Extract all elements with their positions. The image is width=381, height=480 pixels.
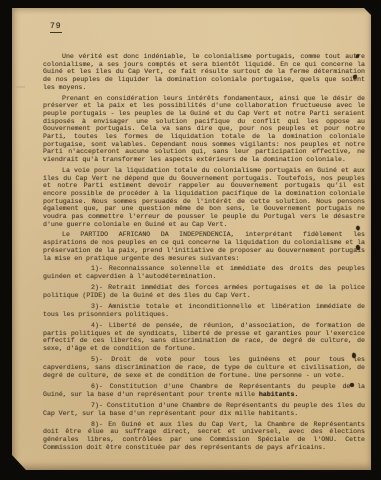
- measure-item: 3)- Amnistie totale et inconditionnelle …: [43, 303, 365, 318]
- measure-item: 8)- En Guiné et aux îles du Cap Vert, la…: [43, 421, 365, 452]
- ink-mark: [350, 383, 354, 387]
- measure-item: 5)- Droit de vote pour tous les guinéens…: [43, 356, 365, 379]
- measure-bold-text: habitants.: [259, 391, 299, 398]
- paragraph: Le PARTIDO AFRICANO DA INDEPENDENCIA, in…: [43, 231, 365, 262]
- paragraph: Prenant en considération leurs intérêts …: [43, 95, 365, 164]
- paragraph: Une vérité est donc indéniable, le colon…: [43, 53, 365, 92]
- measure-item: 2)- Retrait immédiat des forces armées p…: [43, 284, 365, 299]
- measure-item: 4)- Liberté de pensée, de réunion, d'ass…: [43, 322, 365, 353]
- margin-mark: [14, 86, 25, 88]
- measure-text: 6)- Constitution d'une Chambre de Représ…: [43, 383, 365, 398]
- paragraph-text: Prenant en considération leurs intérêts …: [43, 95, 365, 164]
- measure-text: 2)- Retrait immédiat des forces armées p…: [43, 284, 365, 299]
- page-number: 79: [50, 22, 62, 33]
- measure-text: 8)- En Guiné et aux îles du Cap Vert, la…: [43, 421, 365, 451]
- scanned-document-stage: 79 Une vérité est donc indéniable, le co…: [0, 0, 381, 480]
- paragraph-text: La voie pour la liquidation totale du co…: [43, 167, 365, 228]
- measure-text: 5)- Droit de vote pour tous les guinéens…: [43, 356, 365, 378]
- document-body: Une vérité est donc indéniable, le colon…: [43, 53, 365, 455]
- measure-text: 1)- Reconnaissance solennelle et immédia…: [43, 265, 365, 280]
- paragraph: La voie pour la liquidation totale du co…: [43, 167, 365, 229]
- measure-item: 6)- Constitution d'une Chambre de Représ…: [43, 383, 365, 398]
- measure-item: 7)- Constitution d'une Chambre de Représ…: [43, 402, 365, 417]
- paragraph-text: Le PARTIDO AFRICANO DA INDEPENDENCIA, in…: [43, 231, 365, 261]
- measure-text: 3)- Amnistie totale et inconditionnelle …: [43, 303, 365, 318]
- measure-text: 4)- Liberté de pensée, de réunion, d'ass…: [43, 322, 365, 352]
- measure-text: 7)- Constitution d'une Chambre de Représ…: [43, 402, 365, 417]
- measure-item: 1)- Reconnaissance solennelle et immédia…: [43, 265, 365, 280]
- paragraph-text: Une vérité est donc indéniable, le colon…: [43, 53, 365, 91]
